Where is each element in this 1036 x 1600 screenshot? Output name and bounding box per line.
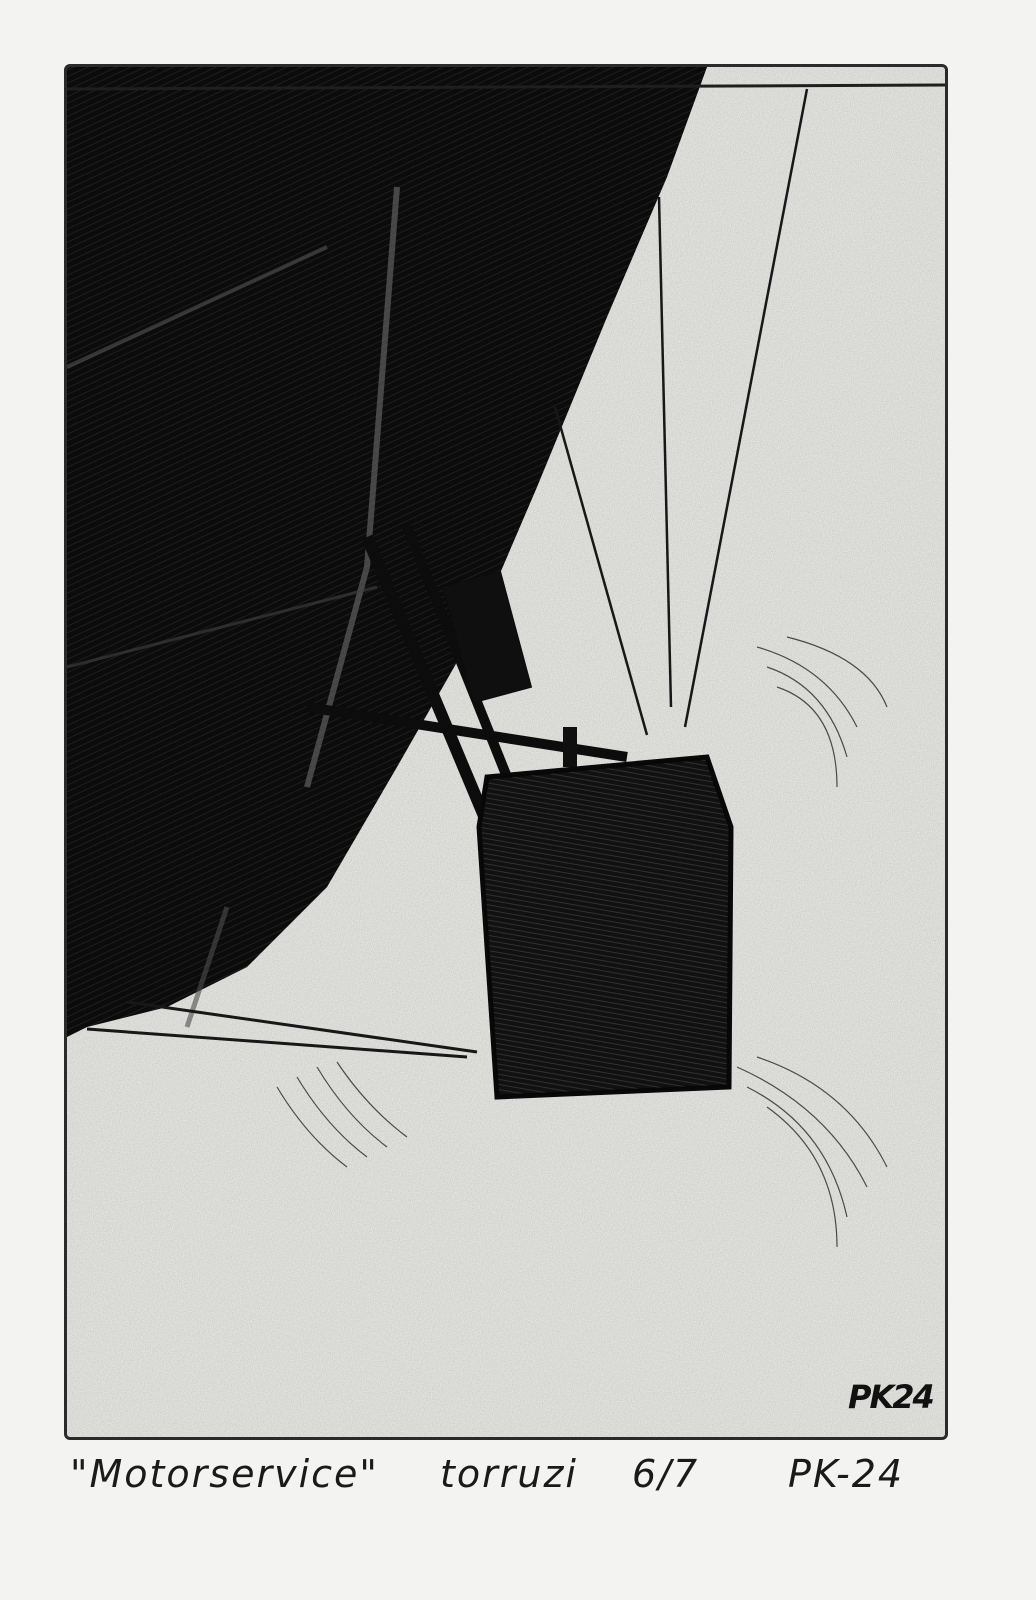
caption-signature: PK-24 <box>788 1452 904 1496</box>
plate-monogram: PK24 <box>848 1378 933 1416</box>
caption-technique: torruzi <box>440 1452 578 1496</box>
etching-plate <box>64 64 948 1440</box>
caption-edition: 6/7 <box>632 1452 699 1496</box>
etching-drawing <box>67 67 948 1440</box>
caption-title: "Motorservice" <box>70 1452 379 1496</box>
